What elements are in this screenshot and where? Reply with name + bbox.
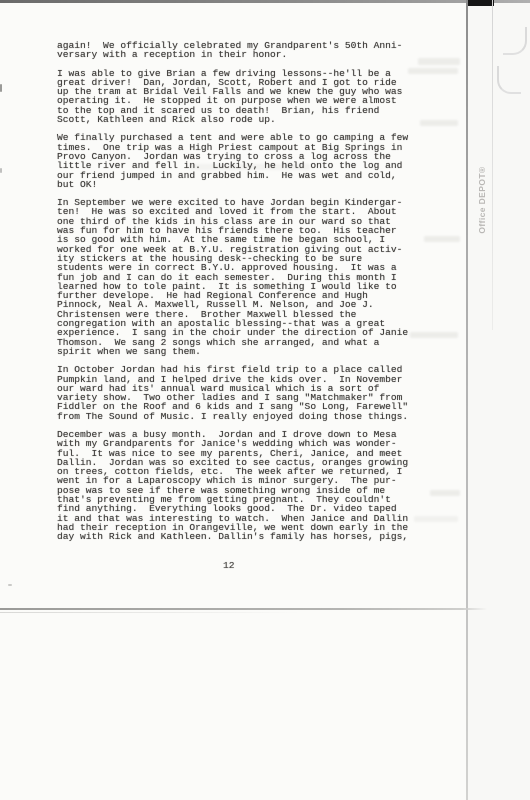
scan-edge-corner-mark [466,0,494,6]
sheet-protector-reflection [497,66,521,94]
office-depot-watermark: Office DEPOT® [477,154,491,246]
page-bottom-edge-line [0,608,487,610]
paragraph-camping: We finally purchased a tent and were abl… [57,133,442,189]
paragraph-anniversary: again! We officially celebrated my Grand… [57,41,442,60]
scan-speck [0,84,2,92]
paragraph-december: December was a busy month. Jordan and I … [57,430,442,542]
paragraph-september: In September we were excited to have Jor… [57,198,442,356]
scan-edge-top [0,0,530,3]
scan-speck [8,584,12,586]
paragraph-driving-tram: I was able to give Brian a few driving l… [57,69,442,125]
scanned-page: again! We officially celebrated my Grand… [0,0,530,800]
sheet-protector-edge-line [492,0,493,330]
page-number: 12 [223,560,235,571]
page-bottom-edge-echo [0,612,300,613]
scan-speck [0,168,2,173]
letter-body: again! We officially celebrated my Grand… [57,41,442,551]
sheet-protector-margin [467,0,530,800]
page-edge-line [466,0,468,800]
paragraph-october-november: In October Jordan had his first field tr… [57,365,442,421]
